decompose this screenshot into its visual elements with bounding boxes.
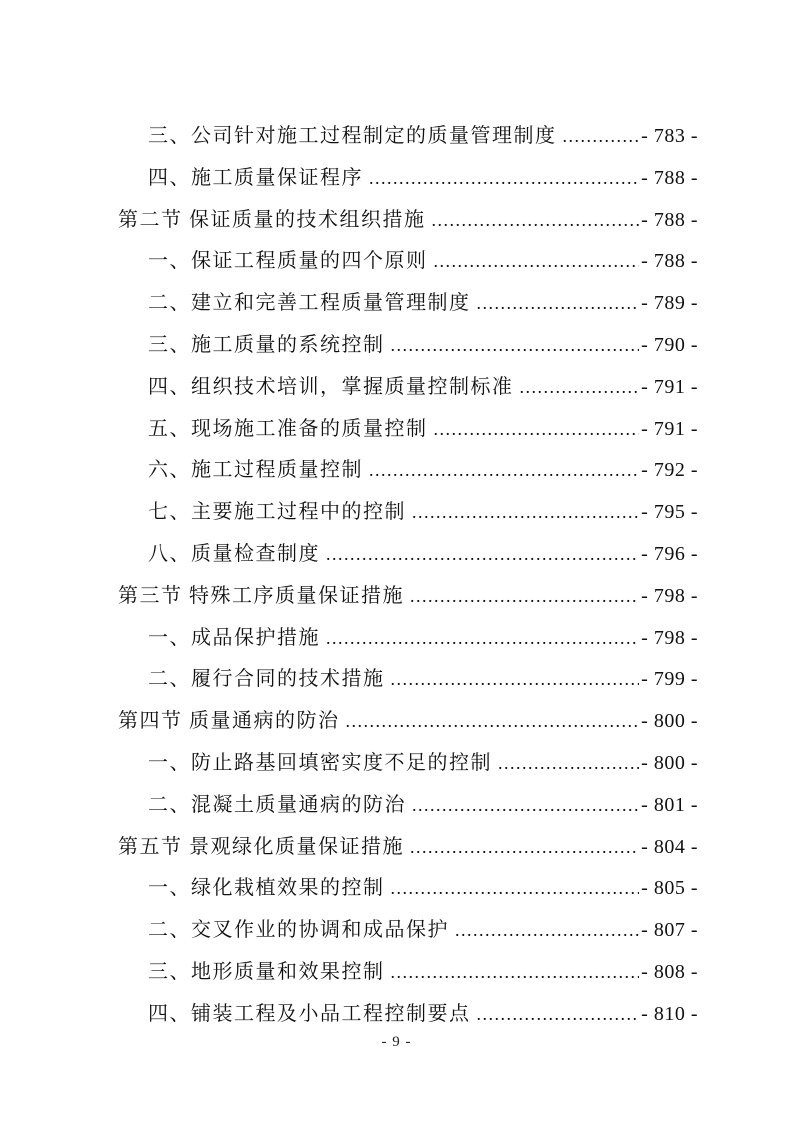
document-page: 三、公司针对施工过程制定的质量管理制度.....................… (0, 0, 793, 1122)
toc-entry-title: 六、施工过程质量控制 (148, 450, 363, 492)
toc-entry-title: 二、交叉作业的协调和成品保护 (148, 910, 449, 952)
toc-entry-page: - 795 - (641, 492, 698, 534)
toc-leader-dots: ........................................… (391, 952, 640, 994)
table-of-contents: 三、公司针对施工过程制定的质量管理制度.....................… (118, 116, 698, 1036)
toc-entry[interactable]: 第三节 特殊工序质量保证措施..........................… (118, 576, 698, 618)
toc-leader-dots: ........................................… (434, 241, 640, 283)
toc-leader-dots: ........................................… (369, 450, 639, 492)
toc-entry-page: - 805 - (641, 868, 698, 910)
toc-entry-title: 三、施工质量的系统控制 (148, 325, 385, 367)
toc-entry-page: - 788 - (641, 241, 698, 283)
toc-entry-page: - 808 - (641, 952, 698, 994)
toc-entry-title: 七、主要施工过程中的控制 (148, 492, 406, 534)
toc-entry-title: 三、公司针对施工过程制定的质量管理制度 (148, 116, 557, 158)
toc-entry[interactable]: 七、主要施工过程中的控制............................… (118, 492, 698, 534)
toc-entry[interactable]: 四、组织技术培训，掌握质量控制标准.......................… (118, 367, 698, 409)
toc-entry[interactable]: 四、铺装工程及小品工程控制要点.........................… (118, 994, 698, 1036)
toc-entry-page: - 801 - (641, 785, 698, 827)
toc-entry-title: 四、施工质量保证程序 (148, 158, 363, 200)
toc-entry-page: - 792 - (641, 450, 698, 492)
toc-entry[interactable]: 一、保证工程质量的四个原则...........................… (118, 241, 698, 283)
toc-entry-page: - 783 - (641, 116, 698, 158)
toc-entry-page: - 800 - (641, 701, 698, 743)
toc-entry-title: 一、防止路基回填密实度不足的控制 (148, 743, 492, 785)
toc-entry-page: - 790 - (641, 325, 698, 367)
toc-entry[interactable]: 一、绿化栽植效果的控制.............................… (118, 868, 698, 910)
toc-entry[interactable]: 二、履行合同的技术措施.............................… (118, 659, 698, 701)
toc-leader-dots: ........................................… (391, 659, 640, 701)
toc-entry[interactable]: 三、地形质量和效果控制.............................… (118, 952, 698, 994)
toc-entry-page: - 791 - (641, 367, 698, 409)
toc-entry[interactable]: 五、现场施工准备的质量控制...........................… (118, 409, 698, 451)
toc-entry[interactable]: 六、施工过程质量控制..............................… (118, 450, 698, 492)
toc-entry[interactable]: 四、施工质量保证程序..............................… (118, 158, 698, 200)
toc-leader-dots: ........................................… (391, 868, 640, 910)
toc-entry-title: 三、地形质量和效果控制 (148, 952, 385, 994)
toc-leader-dots: ........................................… (410, 827, 639, 869)
toc-entry[interactable]: 三、公司针对施工过程制定的质量管理制度.....................… (118, 116, 698, 158)
toc-entry-title: 第二节 保证质量的技术组织措施 (118, 200, 426, 242)
toc-entry-title: 二、履行合同的技术措施 (148, 659, 385, 701)
toc-entry[interactable]: 第二节 保证质量的技术组织措施.........................… (118, 200, 698, 242)
toc-entry-title: 五、现场施工准备的质量控制 (148, 409, 428, 451)
toc-leader-dots: ........................................… (520, 367, 640, 409)
toc-entry-page: - 810 - (641, 994, 698, 1036)
toc-entry-page: - 799 - (641, 659, 698, 701)
toc-entry[interactable]: 一、防止路基回填密实度不足的控制........................… (118, 743, 698, 785)
toc-entry-title: 一、保证工程质量的四个原则 (148, 241, 428, 283)
toc-leader-dots: ........................................… (455, 910, 639, 952)
toc-leader-dots: ........................................… (346, 701, 640, 743)
toc-entry-title: 二、混凝土质量通病的防治 (148, 785, 406, 827)
toc-entry-title: 四、铺装工程及小品工程控制要点 (148, 994, 471, 1036)
toc-leader-dots: ........................................… (498, 743, 639, 785)
toc-leader-dots: ........................................… (412, 492, 639, 534)
toc-entry-title: 八、质量检查制度 (148, 534, 320, 576)
toc-entry-title: 一、成品保护措施 (148, 618, 320, 660)
toc-leader-dots: ........................................… (326, 618, 639, 660)
toc-entry-title: 二、建立和完善工程质量管理制度 (148, 283, 471, 325)
toc-entry-page: - 789 - (641, 283, 698, 325)
toc-entry[interactable]: 二、混凝土质量通病的防治............................… (118, 785, 698, 827)
toc-leader-dots: ........................................… (477, 283, 640, 325)
toc-entry-page: - 798 - (641, 618, 698, 660)
toc-entry-page: - 796 - (641, 534, 698, 576)
toc-entry[interactable]: 一、成品保护措施................................… (118, 618, 698, 660)
toc-leader-dots: ........................................… (410, 576, 639, 618)
toc-leader-dots: ........................................… (434, 409, 640, 451)
toc-entry-page: - 807 - (641, 910, 698, 952)
toc-entry[interactable]: 二、交叉作业的协调和成品保护..........................… (118, 910, 698, 952)
toc-entry[interactable]: 第四节 质量通病的防治.............................… (118, 701, 698, 743)
toc-entry[interactable]: 第五节 景观绿化质量保证措施..........................… (118, 827, 698, 869)
toc-entry-page: - 800 - (641, 743, 698, 785)
page-number-footer: - 9 - (0, 1034, 793, 1051)
toc-entry[interactable]: 三、施工质量的系统控制.............................… (118, 325, 698, 367)
toc-leader-dots: ........................................… (412, 785, 639, 827)
toc-entry-title: 第五节 景观绿化质量保证措施 (118, 827, 404, 869)
toc-leader-dots: ........................................… (477, 994, 640, 1036)
toc-entry-page: - 791 - (641, 409, 698, 451)
toc-entry-page: - 788 - (641, 158, 698, 200)
toc-leader-dots: ........................................… (432, 200, 640, 242)
toc-entry-page: - 788 - (641, 200, 698, 242)
toc-entry-title: 第三节 特殊工序质量保证措施 (118, 576, 404, 618)
toc-entry-title: 四、组织技术培训，掌握质量控制标准 (148, 367, 514, 409)
toc-entry[interactable]: 八、质量检查制度................................… (118, 534, 698, 576)
toc-leader-dots: ........................................… (326, 534, 639, 576)
toc-leader-dots: ........................................… (391, 325, 640, 367)
toc-entry-page: - 798 - (641, 576, 698, 618)
toc-entry-title: 一、绿化栽植效果的控制 (148, 868, 385, 910)
toc-entry-page: - 804 - (641, 827, 698, 869)
toc-entry[interactable]: 二、建立和完善工程质量管理制度.........................… (118, 283, 698, 325)
toc-leader-dots: ........................................… (563, 116, 640, 158)
toc-entry-title: 第四节 质量通病的防治 (118, 701, 340, 743)
toc-leader-dots: ........................................… (369, 158, 639, 200)
